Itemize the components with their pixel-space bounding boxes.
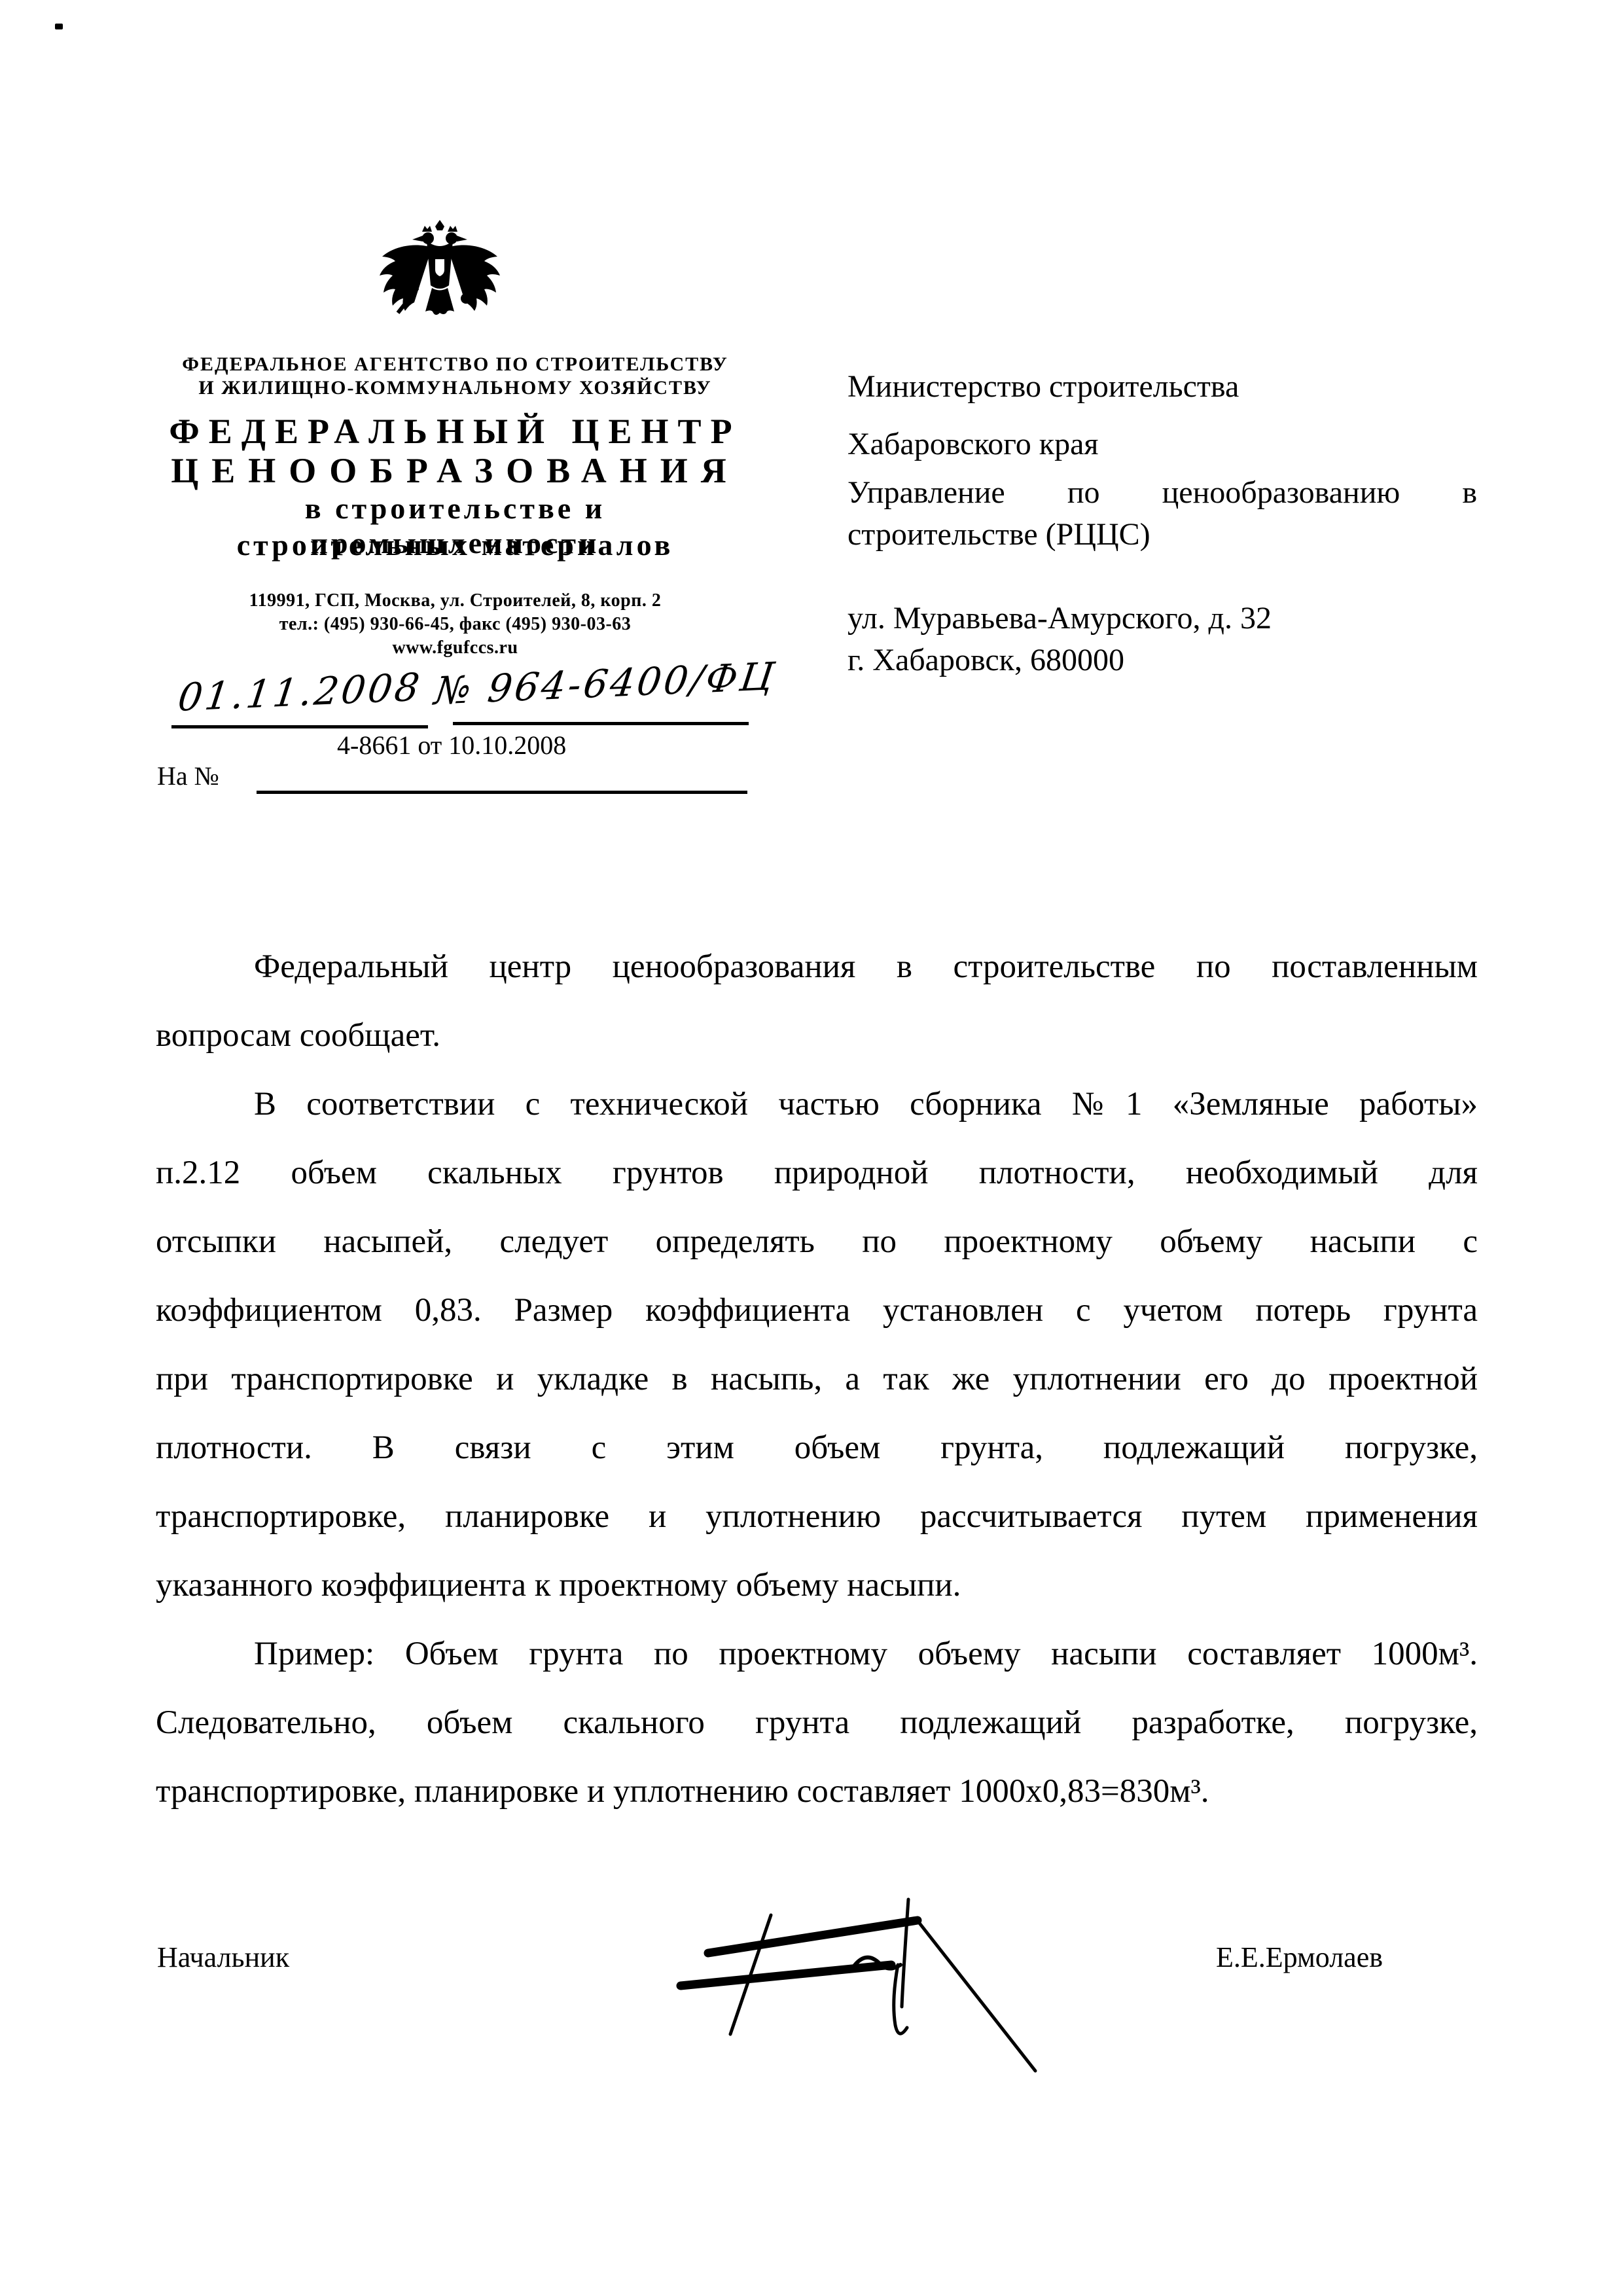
body-line: транспортировке, планировке и уплотнению… xyxy=(156,1757,1478,1826)
body-line: указанного коэффициента к проектному объ… xyxy=(156,1551,1478,1620)
sender-phone-fax: тел.: (495) 930-66-45, факс (495) 930-03… xyxy=(156,614,755,635)
number-underline xyxy=(453,722,749,725)
body-line: транспортировке, планировке и уплотнению… xyxy=(156,1482,1478,1551)
body-line: В соответствии с технической частью сбор… xyxy=(156,1070,1478,1139)
body-line: отсыпки насыпей, следует определять по п… xyxy=(156,1208,1478,1276)
body-line: коэффициентом 0,83. Размер коэффициента … xyxy=(156,1276,1478,1345)
signer-name: Е.Е.Ермолаев xyxy=(1216,1941,1383,1974)
letter-body: Федеральный центр ценообразования в стро… xyxy=(156,933,1478,1826)
sender-website: www.fgufccs.ru xyxy=(156,637,755,658)
handwritten-outgoing-number: № 964-6400/ФЦ xyxy=(432,654,779,713)
body-line: Федеральный центр ценообразования в стро… xyxy=(156,933,1478,1001)
body-line: п.2.12 объем скальных грунтов природной … xyxy=(156,1139,1478,1208)
recipient-street-address: ул. Муравьева-Амурского, д. 32 xyxy=(847,600,1477,637)
body-line: Пример: Объем грунта по проектному объем… xyxy=(156,1620,1478,1689)
coat-of-arms-emblem xyxy=(374,220,505,338)
reference-number: 4-8661 от 10.10.2008 xyxy=(337,730,566,761)
date-underline xyxy=(171,725,428,728)
agency-name-line2: И ЖИЛИЩНО-КОММУНАЛЬНОМУ ХОЗЯЙСТВУ xyxy=(156,377,755,399)
handwritten-outgoing-date: 01.11.2008 xyxy=(175,664,425,720)
recipient-line3: Управление по ценообразованию в xyxy=(847,474,1477,512)
agency-name-line1: ФЕДЕРАЛЬНОЕ АГЕНТСТВО ПО СТРОИТЕЛЬСТВУ xyxy=(156,353,755,376)
scanned-letter-page: ФЕДЕРАЛЬНОЕ АГЕНТСТВО ПО СТРОИТЕЛЬСТВУ И… xyxy=(0,0,1623,2296)
handwritten-signature xyxy=(668,1877,1047,2080)
body-line: вопросам сообщает. xyxy=(156,1001,1478,1070)
recipient-line1: Министерство строительства xyxy=(847,368,1477,406)
crown-center xyxy=(435,220,444,230)
recipient-line4: строительстве (РЦЦС) xyxy=(847,516,1477,554)
org-name-line2: ЦЕНООБРАЗОВАНИЯ xyxy=(156,450,755,491)
signer-position: Начальник xyxy=(157,1941,289,1974)
recipient-city-postcode: г. Хабаровск, 680000 xyxy=(847,641,1477,679)
body-line: плотности. В связи с этим объем грунта, … xyxy=(156,1414,1478,1482)
org-name-line4: строительных материалов xyxy=(156,528,755,562)
recipient-line2: Хабаровского края xyxy=(847,425,1477,463)
in-reply-to-label: На № xyxy=(157,761,219,791)
scan-artifact xyxy=(55,24,63,29)
body-line: при транспортировке и укладке в насыпь, … xyxy=(156,1345,1478,1414)
body-line: Следовательно, объем скального грунта по… xyxy=(156,1689,1478,1757)
sender-postal-address: 119991, ГСП, Москва, ул. Строителей, 8, … xyxy=(156,590,755,611)
in-reply-underline xyxy=(257,791,747,794)
org-name-line1: ФЕДЕРАЛЬНЫЙ ЦЕНТР xyxy=(156,411,755,452)
